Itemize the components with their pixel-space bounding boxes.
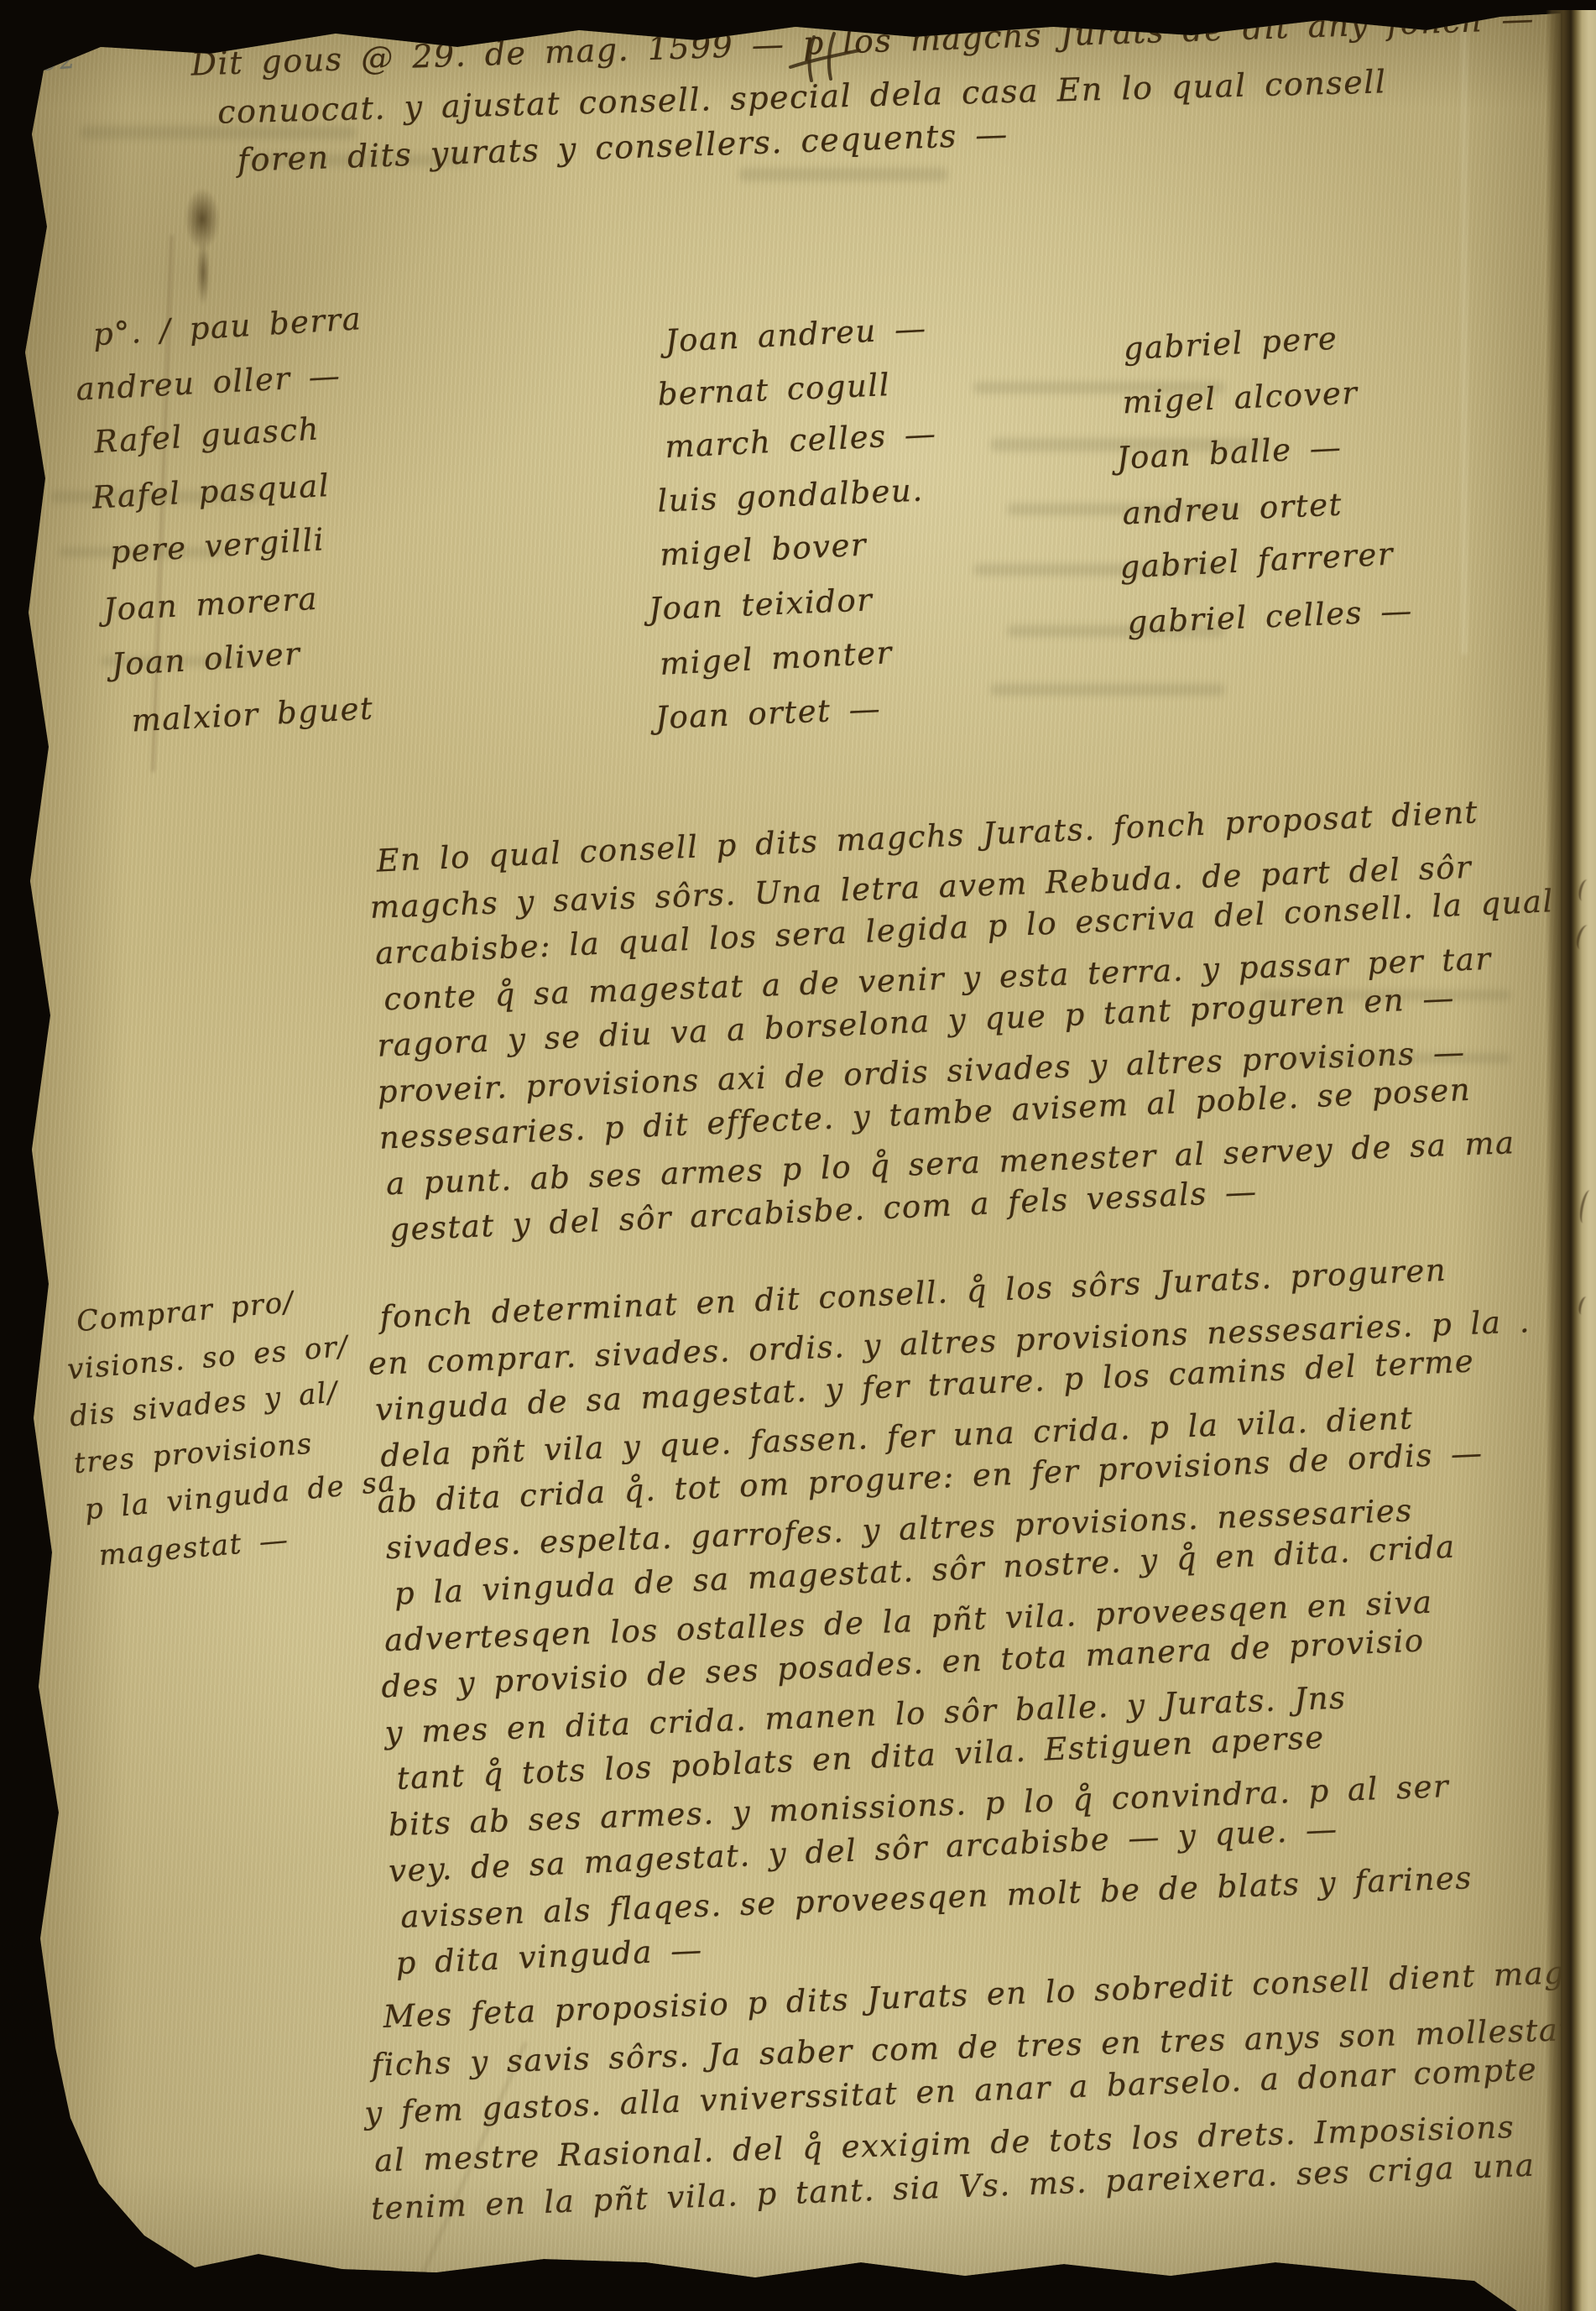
attendee-name: andreu oller — (76, 360, 342, 404)
attendee-name: migel alcover (1122, 378, 1359, 419)
edge-stain (0, 453, 39, 554)
attendee-name: andreu ortet (1122, 489, 1343, 529)
fold-ridge (1462, 0, 1467, 655)
attendee-name: Joan morera (102, 583, 319, 625)
body-line: p dita vinguda — (395, 1934, 704, 1979)
margin-note-line: visions. so es or/ (66, 1332, 350, 1384)
margin-note-line: dis sivades y al/ (69, 1378, 340, 1431)
folio-number: 292 (24, 44, 78, 77)
attendee-name: gabriel celles — (1127, 595, 1414, 638)
attendee-name: Joan balle — (1116, 431, 1343, 473)
attendee-name: p°. / pau berra (92, 303, 362, 350)
margin-note-line: magestat — (97, 1526, 289, 1570)
attendee-name: Joan ortet — (655, 693, 881, 733)
manuscript-scan: { "document": { "folio_number": "292", "… (0, 0, 1596, 2311)
paper-sheet: 292 Dit gous @ 29. de mag. 1599 — p los … (0, 0, 1561, 2311)
attendee-name: migel bover (659, 529, 868, 570)
attendee-name: luis gondalbeu. (657, 475, 925, 517)
attendee-name: Joan andreu — (665, 313, 927, 357)
attendee-name: Rafel pasqual (91, 470, 331, 514)
attendee-name: bernat cogull (657, 369, 891, 410)
ink-stain-tail (196, 240, 210, 305)
attendee-name: Joan oliver (111, 638, 302, 681)
margin-note-line: tres provisions (73, 1429, 314, 1478)
attendee-name: Joan teixidor (648, 584, 874, 624)
attendee-name: malxior bguet (131, 692, 374, 736)
attendee-name: gabriel pere (1123, 323, 1338, 365)
attendee-name: gabriel farrerer (1119, 538, 1395, 582)
binding-gutter (1546, 10, 1596, 2311)
attendee-name: pere vergilli (109, 524, 326, 567)
attendee-name: Rafel guasch (93, 413, 321, 457)
show-through-smudge (738, 168, 948, 181)
margin-note-line: Comprar pro/ (76, 1288, 295, 1337)
show-through-smudge (990, 684, 1225, 696)
attendee-name: march celles — (665, 418, 938, 462)
attendee-name: migel monter (659, 637, 893, 680)
